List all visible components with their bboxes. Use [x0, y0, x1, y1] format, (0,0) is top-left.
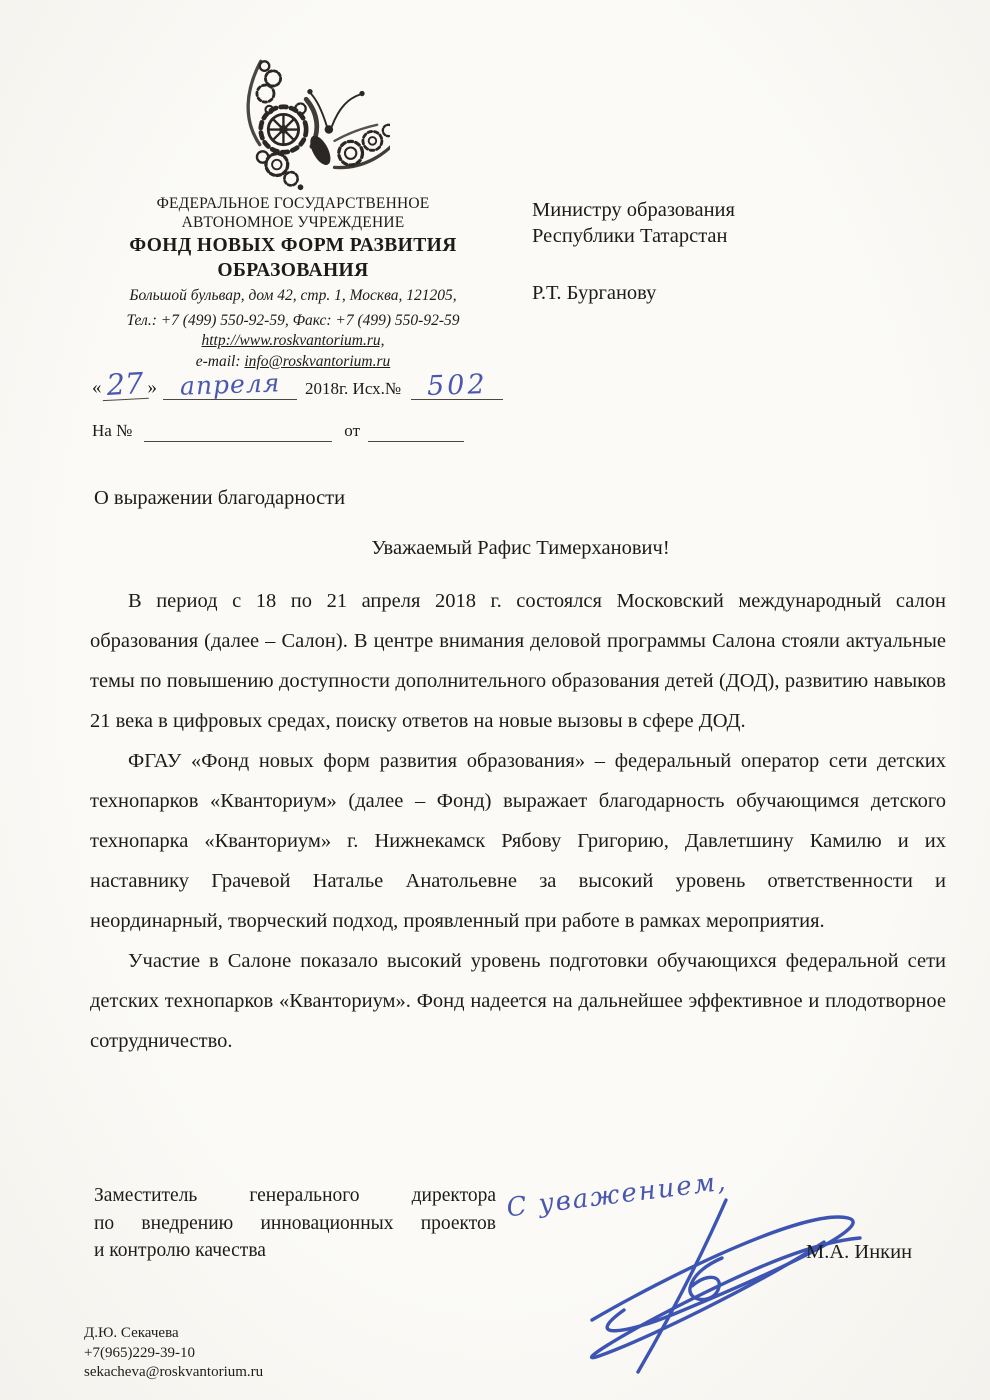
executor-email: sekacheva@roskvantorium.ru	[84, 1363, 263, 1383]
month-blank-line: апреля	[163, 371, 297, 400]
position-line1: Заместитель генерального директора	[94, 1182, 496, 1210]
recipient-line2: Республики Татарстан	[532, 223, 735, 249]
incoming-date-blank	[368, 419, 464, 442]
recipient-name: Р.Т. Бурганову	[532, 280, 735, 306]
paragraph-2: ФГАУ «Фонд новых форм развития образован…	[90, 741, 946, 941]
outgoing-number-line: 502	[411, 369, 503, 400]
scanned-letter-page: ФЕДЕРАЛЬНОЕ ГОСУДАРСТВЕННОЕ АВТОНОМНОЕ У…	[0, 0, 990, 1400]
position-line2: по внедрению инновационных проектов	[94, 1210, 496, 1238]
year-outgoing-label: 2018г. Исх.№	[305, 379, 401, 400]
org-type-line2: АВТОНОМНОЕ УЧРЕЖДЕНИЕ	[58, 213, 528, 232]
position-line3: и контролю качества	[94, 1237, 496, 1265]
org-type-line1: ФЕДЕРАЛЬНОЕ ГОСУДАРСТВЕННОЕ	[58, 194, 528, 213]
handwritten-month: апреля	[179, 369, 280, 400]
letter-body: В период с 18 по 21 апреля 2018 г. состо…	[90, 581, 946, 1061]
letterhead: ФЕДЕРАЛЬНОЕ ГОСУДАРСТВЕННОЕ АВТОНОМНОЕ У…	[58, 194, 528, 372]
salutation: Уважаемый Рафис Тимерханович!	[95, 537, 946, 560]
org-website: http://www.roskvantorium.ru,	[202, 332, 385, 349]
date-outgoing-row: « 27 » апреля 2018г. Исх.№ 502	[92, 358, 503, 400]
gear-butterfly-logo	[228, 50, 390, 192]
incoming-reference-row: На № от	[92, 408, 464, 442]
incoming-number-blank	[144, 419, 332, 442]
from-label: от	[344, 421, 360, 442]
executor-phone: +7(965)229-39-10	[84, 1344, 263, 1364]
org-phones: Тел.: +7 (499) 550-92-59, Факс: +7 (499)…	[58, 311, 528, 332]
recipient-block: Министру образования Республики Татарста…	[532, 197, 735, 306]
handwritten-signature	[552, 1188, 904, 1374]
org-name-line2: ОБРАЗОВАНИЯ	[58, 259, 528, 282]
paragraph-1: В период с 18 по 21 апреля 2018 г. состо…	[90, 581, 946, 741]
signer-position-block: Заместитель генерального директора по вн…	[94, 1182, 496, 1265]
executor-footer: Д.Ю. Секачева +7(965)229-39-10 sekacheva…	[84, 1324, 263, 1383]
incoming-label: На №	[92, 421, 132, 442]
signer-name: М.А. Инкин	[806, 1241, 912, 1264]
org-address: Большой бульвар, дом 42, стр. 1, Москва,…	[58, 286, 528, 307]
handwritten-day: 27	[101, 368, 149, 401]
quote-open: «	[92, 377, 102, 400]
executor-name: Д.Ю. Секачева	[84, 1324, 263, 1344]
paragraph-3: Участие в Салоне показало высокий уровен…	[90, 941, 946, 1061]
subject-line: О выражении благодарности	[94, 487, 345, 510]
recipient-line1: Министру образования	[532, 197, 735, 223]
handwritten-outgoing-number: 502	[426, 370, 488, 402]
quote-close: »	[148, 377, 158, 400]
org-name-line1: ФОНД НОВЫХ ФОРМ РАЗВИТИЯ	[58, 234, 528, 257]
